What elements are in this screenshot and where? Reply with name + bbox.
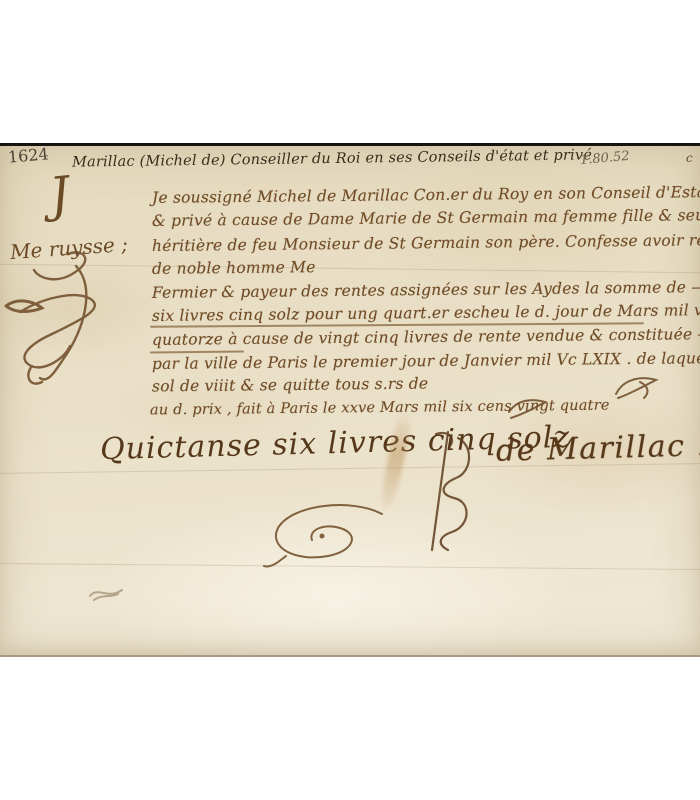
- margin-initial: J: [48, 170, 72, 220]
- text-underline-short: [150, 351, 244, 354]
- body-line: par la ville de Paris le premier jour de…: [152, 351, 700, 373]
- body-line: Fermier & payeur des rentes assignées su…: [152, 280, 700, 301]
- pencil-letter: c: [686, 152, 693, 164]
- manuscript-document: 1624 Marillac (Michel de) Conseiller du …: [0, 143, 700, 657]
- body-line: quatorze à cause de vingt cinq livres de…: [152, 327, 700, 348]
- margin-paraph-flourish: [4, 246, 128, 392]
- etcetera-flourish: [610, 372, 660, 402]
- header-annotation: Marillac (Michel de) Conseiller du Roi e…: [72, 148, 592, 170]
- signature: de Marillac .: [496, 431, 700, 467]
- body-line: héritière de feu Monsieur de St Germain …: [152, 233, 700, 255]
- photo-frame: 1624 Marillac (Michel de) Conseiller du …: [0, 0, 700, 800]
- body-line: Je soussigné Michel de Marillac Con.er d…: [152, 185, 700, 206]
- body-line: six livres cinq solz pour ung quart.er e…: [152, 303, 700, 324]
- pencil-code: 1.80.52: [580, 150, 631, 167]
- paper-crease-mark: [88, 582, 124, 604]
- date-line-flourish: [505, 396, 551, 422]
- quittance-paraph-flourish: [398, 428, 484, 554]
- spiral-flourish: [256, 496, 388, 568]
- body-line: sol de viiit & se quitte tous s.rs de: [152, 377, 428, 395]
- pencil-year: 1624: [7, 146, 49, 165]
- body-line: de noble homme Me: [152, 260, 316, 277]
- body-line: & privé à cause de Dame Marie de St Germ…: [152, 208, 700, 229]
